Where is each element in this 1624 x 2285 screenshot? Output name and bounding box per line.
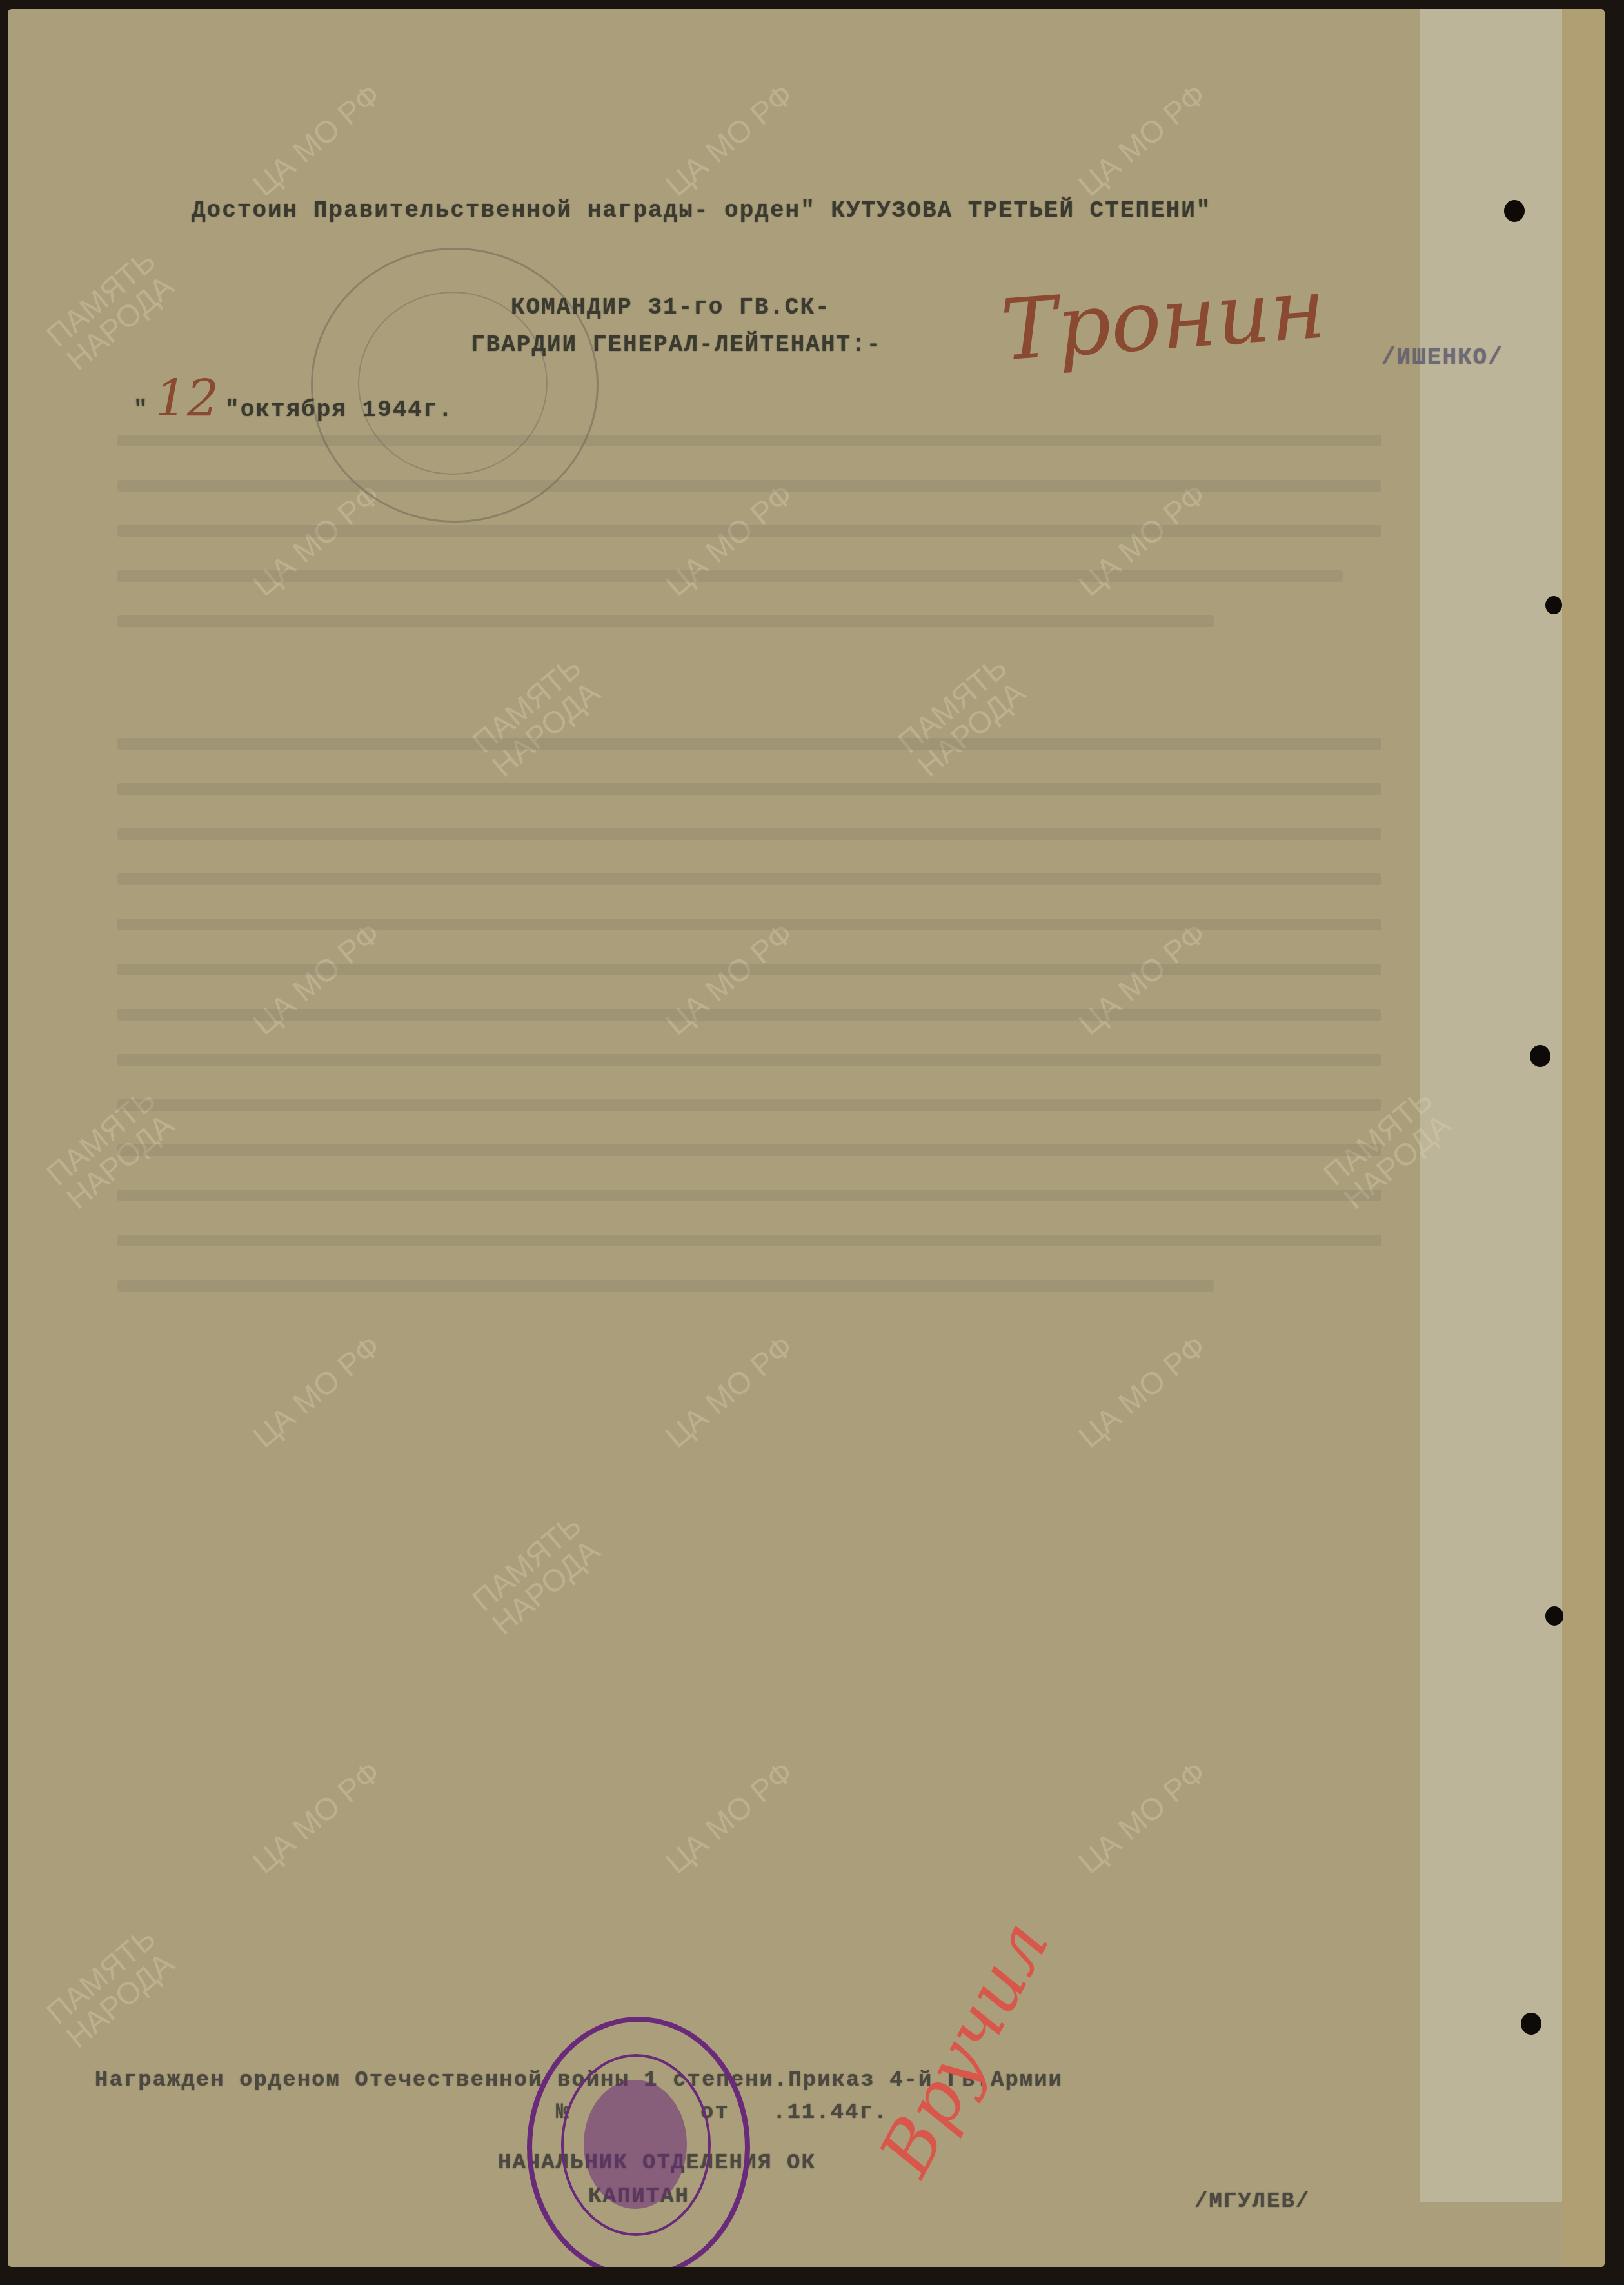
bleed-through-line (117, 738, 1381, 750)
bleed-through-line (117, 919, 1381, 930)
watermark: ЦА МО РФ (248, 479, 386, 603)
date-day-handwritten: 12 (155, 370, 219, 428)
document-page: ЦА МО РФ ЦА МО РФ ЦА МО РФ ЦА МО РФ ЦА М… (8, 9, 1605, 2267)
watermark: ЦА МО РФ (661, 1757, 799, 1880)
watermark: ЦА МО РФ (1074, 79, 1212, 203)
page-edge (1562, 9, 1605, 2267)
punch-hole-icon (1521, 2013, 1541, 2035)
bleed-through-line (117, 1099, 1381, 1111)
watermark: ЦА МО РФ (248, 1757, 386, 1880)
punch-hole-icon (1545, 596, 1562, 614)
bleed-through-line (117, 570, 1343, 582)
bleed-through-line (117, 480, 1381, 492)
commander-title-line2: ГВАРДИИ ГЕНЕРАЛ-ЛЕЙТЕНАНТ:- (471, 332, 882, 358)
tape-strip (1420, 9, 1562, 2202)
watermark: ЦА МО РФ (661, 479, 799, 603)
bleed-through-line (117, 783, 1381, 795)
bleed-through-line (117, 828, 1381, 840)
coat-of-arms-icon (584, 2080, 687, 2209)
punch-hole-icon (1504, 200, 1525, 222)
footer-signature: Вручил (864, 1908, 1065, 2188)
watermark-project: ПАМЯТЬНАРОДА (42, 245, 181, 376)
commander-title-line1: КОМАНДИР 31-го ГВ.СК- (511, 294, 831, 321)
watermark-project: ПАМЯТЬНАРОДА (893, 652, 1033, 783)
date-line: " 12 "октября 1944г. (134, 370, 453, 428)
watermark: ЦА МО РФ (248, 918, 386, 1041)
commander-signature: Тронин (998, 259, 1329, 380)
watermark-project: ПАМЯТЬНАРОДА (468, 652, 607, 783)
bleed-through-line (117, 1144, 1381, 1156)
footer-officer-name: /МГУЛЕВ/ (1194, 2190, 1310, 2214)
commander-name: /ИШЕНКО/ (1381, 344, 1503, 371)
bleed-through-line (117, 525, 1381, 537)
watermark: ЦА МО РФ (248, 79, 386, 203)
watermark: ЦА МО РФ (661, 1331, 799, 1454)
bleed-through-line (117, 964, 1381, 975)
watermark: ЦА МО РФ (661, 918, 799, 1041)
bleed-through-line (117, 615, 1214, 627)
bleed-through-line (117, 1190, 1381, 1201)
watermark-project: ПАМЯТЬНАРОДА (42, 1922, 181, 2053)
watermark: ЦА МО РФ (1074, 1757, 1212, 1880)
bleed-through-line (117, 1280, 1214, 1292)
punch-hole-icon (1530, 1045, 1550, 1067)
award-recommendation-line: Достоин Правительственной награды- орден… (192, 197, 1211, 224)
punch-hole-icon (1545, 1606, 1563, 1626)
bleed-through-line (117, 873, 1381, 885)
watermark: ЦА МО РФ (248, 1331, 386, 1454)
watermark: ЦА МО РФ (661, 79, 799, 203)
bleed-through-line (117, 1054, 1381, 1066)
personnel-department-stamp (527, 2017, 750, 2267)
watermark: ЦА МО РФ (1074, 918, 1212, 1041)
watermark-project: ПАМЯТЬНАРОДА (468, 1510, 607, 1641)
bleed-through-line (117, 1009, 1381, 1021)
watermark: ЦА МО РФ (1074, 479, 1212, 603)
bleed-through-line (117, 435, 1381, 446)
bleed-through-line (117, 1235, 1381, 1246)
watermark: ЦА МО РФ (1074, 1331, 1212, 1454)
